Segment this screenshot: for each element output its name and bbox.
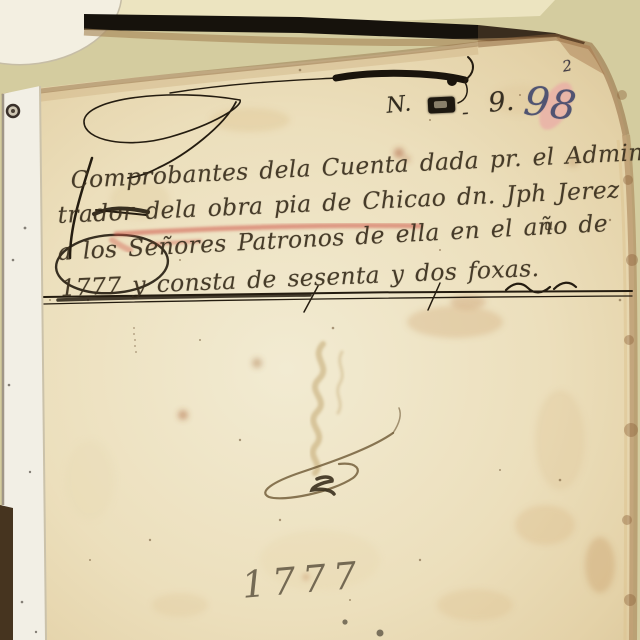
ink-blob: [447, 76, 457, 86]
folio-number-label: N.: [385, 91, 412, 118]
old-folio-number: 9.: [487, 86, 515, 119]
manuscript-photo: N. - 9. 98 2 Comprobantes dela Cuenta da…: [0, 0, 640, 640]
dark-margin-bottom: [0, 505, 13, 640]
inked-number-blot: [428, 96, 456, 113]
grommet-hole: [11, 109, 15, 113]
insertion-mark: u: [543, 215, 554, 234]
header-dash: -: [461, 100, 469, 124]
new-folio-number: 98: [521, 78, 579, 130]
